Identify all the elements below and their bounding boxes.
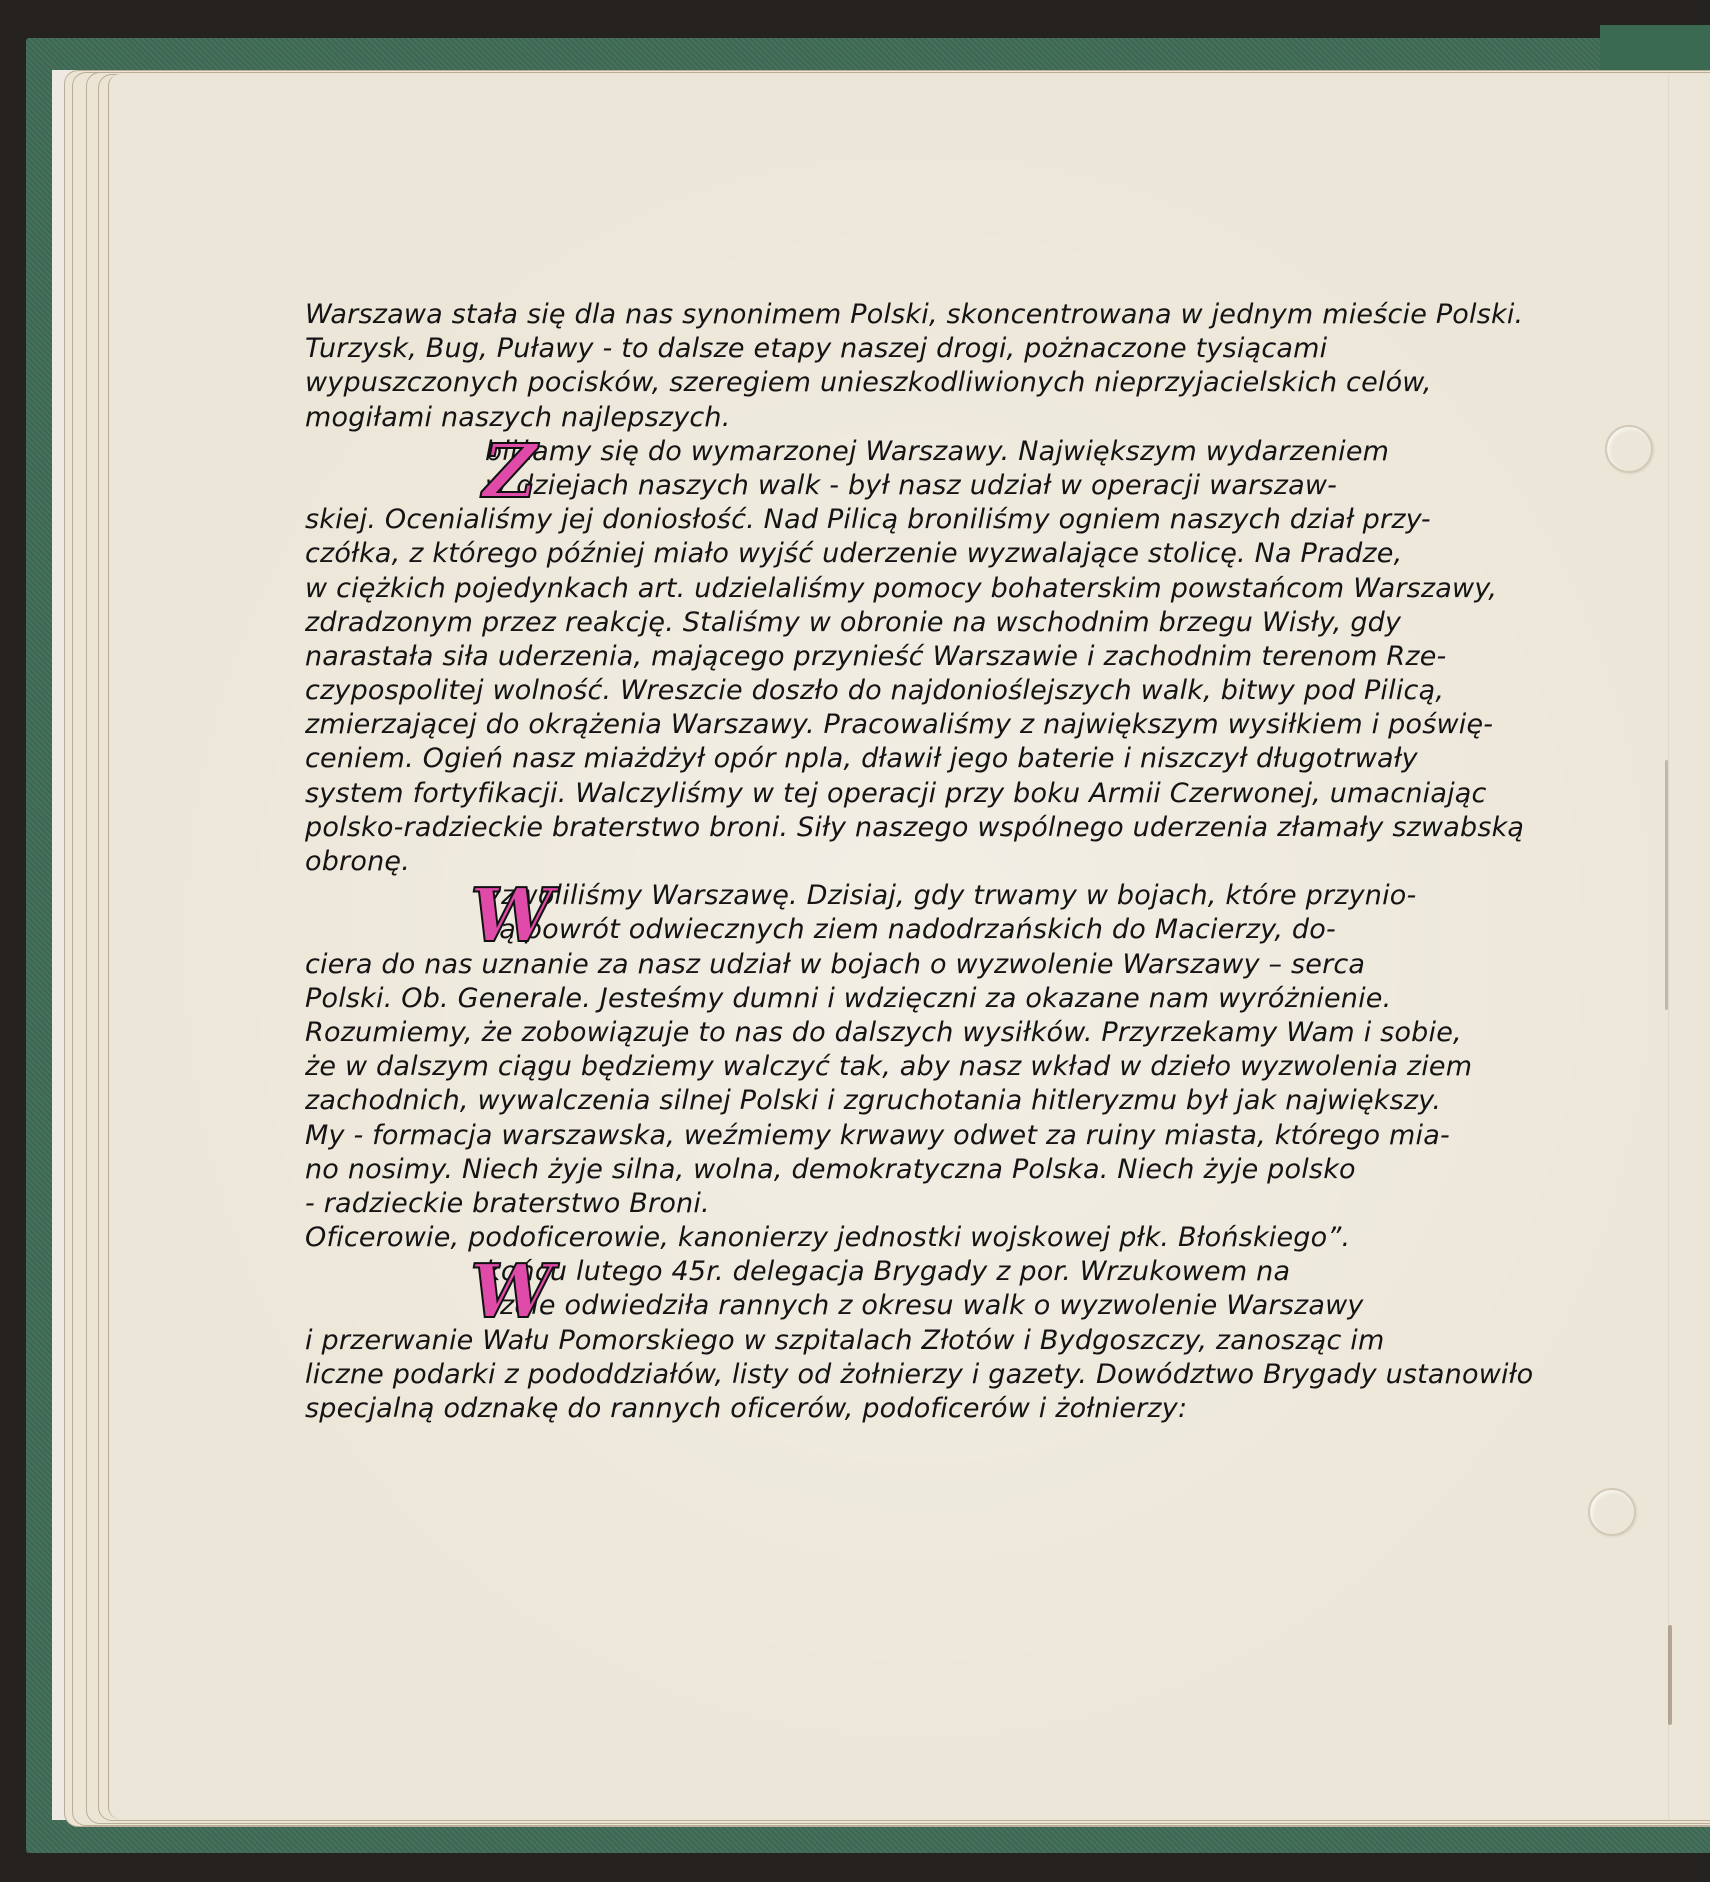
page-fold (1668, 75, 1671, 1820)
text-line: no nosimy. Niech żyje silna, wolna, demo… (305, 1153, 1505, 1187)
handwritten-text: Warszawa stała się dla nas synonimem Pol… (305, 298, 1505, 1426)
text-line: czółka, z którego później miało wyjść ud… (305, 537, 1505, 571)
text-line: system fortyfikacji. Walczyliśmy w tej o… (305, 777, 1505, 811)
text-line: specjalną odznakę do rannych oficerów, p… (305, 1392, 1505, 1426)
page-crease (1665, 760, 1668, 1010)
page-stain (1668, 1625, 1672, 1725)
text-line: że w dalszym ciągu będziemy walczyć tak,… (305, 1050, 1505, 1084)
decorated-initial: W (470, 881, 550, 951)
text-line: zdradzonym przez reakcję. Staliśmy w obr… (305, 606, 1505, 640)
paragraph-w1: W yzwoliliśmy Warszawę. Dzisiaj, gdy trw… (305, 879, 1505, 1255)
binding-punch-hole (1588, 1488, 1636, 1536)
binding-punch-hole (1605, 425, 1653, 473)
text-line: polsko-radzieckie braterstwo broni. Siły… (305, 811, 1505, 845)
text-line: Polski. Ob. Generale. Jesteśmy dumni i w… (305, 982, 1505, 1016)
text-line: Rozumiemy, że zobowiązuje to nas do dals… (305, 1016, 1505, 1050)
book-cover-corner (1600, 25, 1710, 70)
text-line: My - formacja warszawska, weźmiemy krwaw… (305, 1119, 1505, 1153)
text-line: - radzieckie braterstwo Broni. (305, 1187, 1505, 1221)
text-line: czypospolitej wolność. Wreszcie doszło d… (305, 674, 1505, 708)
text-line: w ciężkich pojedynkach art. udzielaliśmy… (305, 572, 1505, 606)
text-line: zachodnich, wywalczenia silnej Polski i … (305, 1084, 1505, 1118)
text-line: narastała siła uderzenia, mającego przyn… (305, 640, 1505, 674)
paragraph-z: Z bliżamy się do wymarzonej Warszawy. Na… (305, 435, 1505, 879)
text-line: liczne podarki z pododdziałów, listy od … (305, 1358, 1505, 1392)
text-line: wypuszczonych pocisków, szeregiem uniesz… (305, 366, 1505, 400)
text-line: Warszawa stała się dla nas synonimem Pol… (305, 298, 1505, 332)
decorated-initial: Z (470, 437, 550, 507)
decorated-initial: W (470, 1257, 550, 1327)
text-line: Turzysk, Bug, Puławy - to dalsze etapy n… (305, 332, 1505, 366)
text-line: zmierzającej do okrążenia Warszawy. Prac… (305, 708, 1505, 742)
paragraph-w2: W końcu lutego 45r. delegacja Brygady z … (305, 1255, 1505, 1426)
text-line: ceniem. Ogień nasz miażdżył opór npla, d… (305, 742, 1505, 776)
